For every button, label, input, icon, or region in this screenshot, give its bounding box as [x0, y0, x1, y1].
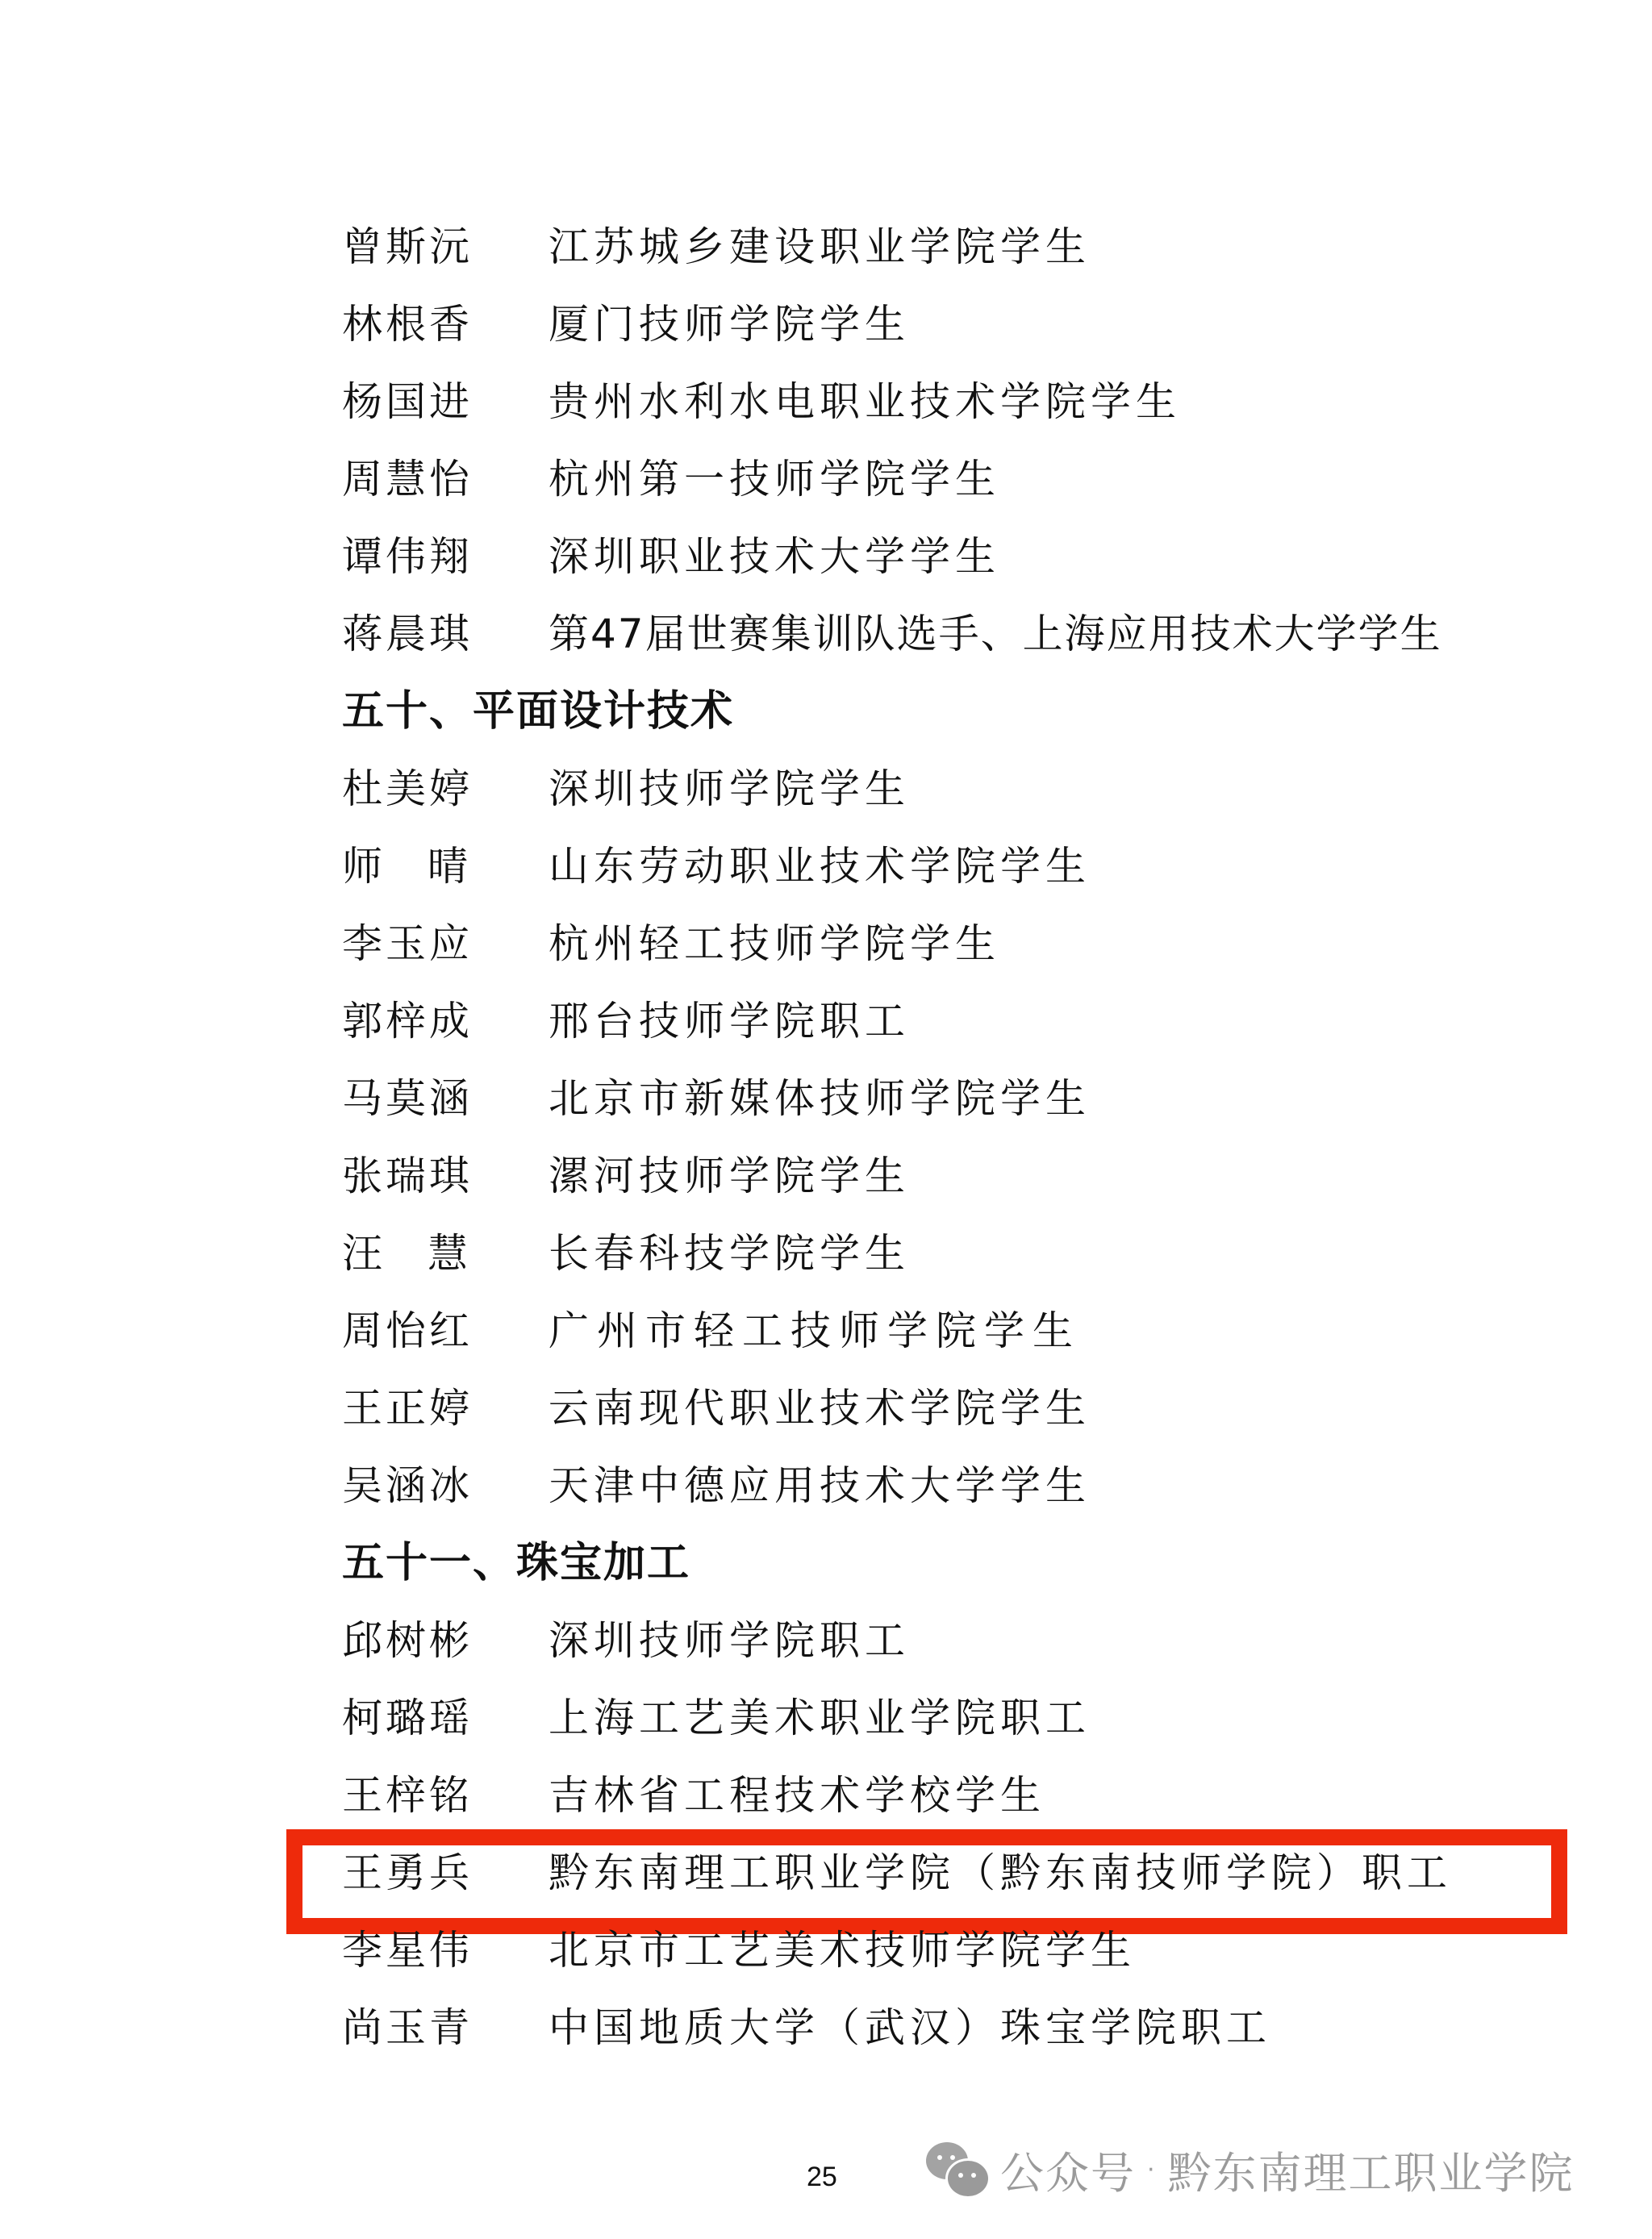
- person-name: 李玉应: [342, 905, 549, 982]
- list-item: 柯璐瑶 上海工艺美术职业学院职工: [342, 1679, 1091, 1757]
- affiliation: 吉林省工程技术学校学生: [549, 1757, 1045, 1834]
- affiliation: 厦门技师学院学生: [549, 286, 910, 363]
- list-item: 谭伟翔 深圳职业技术大学学生: [342, 518, 1000, 595]
- person-name: 王正婷: [342, 1370, 549, 1447]
- person-name: 谭伟翔: [342, 518, 549, 595]
- watermark-label: 公众号: [1000, 2139, 1136, 2201]
- list-item: 张瑞琪 漯河技师学院学生: [342, 1137, 910, 1215]
- list-item: 李玉应 杭州轻工技师学院学生: [342, 905, 1000, 982]
- list-item: 王梓铭 吉林省工程技术学校学生: [342, 1757, 1045, 1834]
- person-name: 郭梓成: [342, 982, 549, 1060]
- wechat-icon: [926, 2142, 991, 2199]
- person-name: 周怡红: [342, 1292, 549, 1370]
- list-item: 邱树彬 深圳技师学院职工: [342, 1602, 910, 1679]
- document-page: 曾斯沅 江苏城乡建设职业学院学生 林根香 厦门技师学院学生 杨国进 贵州水利水电…: [0, 0, 1652, 2239]
- affiliation: 云南现代职业技术学院学生: [549, 1370, 1091, 1447]
- affiliation: 中国地质大学（武汉）珠宝学院职工: [549, 1989, 1271, 2066]
- affiliation: 江苏城乡建设职业学院学生: [549, 208, 1091, 286]
- person-name: 林根香: [342, 286, 549, 363]
- person-name: 尚玉青: [342, 1989, 549, 2066]
- name-char: 晴: [428, 828, 468, 905]
- person-name: 吴涵冰: [342, 1447, 549, 1524]
- name-char: 慧: [428, 1215, 468, 1292]
- person-name: 杨国进: [342, 363, 549, 440]
- watermark-separator: ·: [1147, 2156, 1157, 2184]
- affiliation: 贵州水利水电职业技术学院学生: [549, 363, 1181, 440]
- list-item: 杨国进 贵州水利水电职业技术学院学生: [342, 363, 1181, 440]
- affiliation: 漯河技师学院学生: [549, 1137, 910, 1215]
- affiliation: 黔东南理工职业学院（黔东南技师学院）职工: [549, 1834, 1452, 1912]
- affiliation: 邢台技师学院职工: [549, 982, 910, 1060]
- list-item: 林根香 厦门技师学院学生: [342, 286, 910, 363]
- section-heading: 五十一、珠宝加工: [342, 1524, 690, 1602]
- affiliation: 北京市工艺美术技师学院学生: [549, 1912, 1136, 1989]
- name-char: 汪: [342, 1215, 382, 1292]
- person-name: 张瑞琪: [342, 1137, 549, 1215]
- person-name: 师 晴: [342, 828, 468, 905]
- list-item: 李星伟 北京市工艺美术技师学院学生: [342, 1912, 1136, 1989]
- person-name: 邱树彬: [342, 1602, 549, 1679]
- affiliation: 长春科技学院学生: [549, 1215, 910, 1292]
- person-name: 李星伟: [342, 1912, 549, 1989]
- person-name: 王梓铭: [342, 1757, 549, 1834]
- list-item: 师 晴 山东劳动职业技术学院学生: [342, 828, 1091, 905]
- affiliation: 广州市轻工技师学院学生: [549, 1292, 1081, 1370]
- list-item: 郭梓成 邢台技师学院职工: [342, 982, 910, 1060]
- affiliation: 第47届世赛集训队选手、上海应用技术大学学生: [549, 595, 1442, 673]
- watermark-account: 黔东南理工职业学院: [1168, 2139, 1575, 2201]
- person-name: 杜美婷: [342, 750, 549, 828]
- list-item-highlighted: 王勇兵 黔东南理工职业学院（黔东南技师学院）职工: [342, 1834, 1452, 1912]
- person-name: 周慧怡: [342, 440, 549, 518]
- affiliation: 深圳技师学院职工: [549, 1602, 910, 1679]
- affiliation: 杭州第一技师学院学生: [549, 440, 1000, 518]
- watermark: 公众号 · 黔东南理工职业学院: [926, 2139, 1575, 2201]
- person-name: 汪 慧: [342, 1215, 468, 1292]
- person-name: 王勇兵: [342, 1834, 549, 1912]
- affiliation: 北京市新媒体技师学院学生: [549, 1060, 1091, 1137]
- person-name: 马莫涵: [342, 1060, 549, 1137]
- affiliation: 天津中德应用技术大学学生: [549, 1447, 1091, 1524]
- list-item: 周怡红 广州市轻工技师学院学生: [342, 1292, 1081, 1370]
- list-item: 马莫涵 北京市新媒体技师学院学生: [342, 1060, 1091, 1137]
- affiliation: 深圳职业技术大学学生: [549, 518, 1000, 595]
- list-item: 蒋晨琪 第47届世赛集训队选手、上海应用技术大学学生: [342, 595, 1442, 673]
- person-name: 曾斯沅: [342, 208, 549, 286]
- affiliation: 深圳技师学院学生: [549, 750, 910, 828]
- list-item: 周慧怡 杭州第一技师学院学生: [342, 440, 1000, 518]
- affiliation: 杭州轻工技师学院学生: [549, 905, 1000, 982]
- list-item: 曾斯沅 江苏城乡建设职业学院学生: [342, 208, 1091, 286]
- list-item: 王正婷 云南现代职业技术学院学生: [342, 1370, 1091, 1447]
- list-item: 吴涵冰 天津中德应用技术大学学生: [342, 1447, 1091, 1524]
- section-heading: 五十、平面设计技术: [342, 673, 734, 750]
- list-item: 杜美婷 深圳技师学院学生: [342, 750, 910, 828]
- person-name: 蒋晨琪: [342, 595, 549, 673]
- list-item: 汪 慧 长春科技学院学生: [342, 1215, 910, 1292]
- list-item: 尚玉青 中国地质大学（武汉）珠宝学院职工: [342, 1989, 1271, 2066]
- name-char: 师: [342, 828, 382, 905]
- affiliation: 上海工艺美术职业学院职工: [549, 1679, 1091, 1757]
- person-name: 柯璐瑶: [342, 1679, 549, 1757]
- page-number: 25: [807, 2162, 837, 2193]
- affiliation: 山东劳动职业技术学院学生: [549, 828, 1091, 905]
